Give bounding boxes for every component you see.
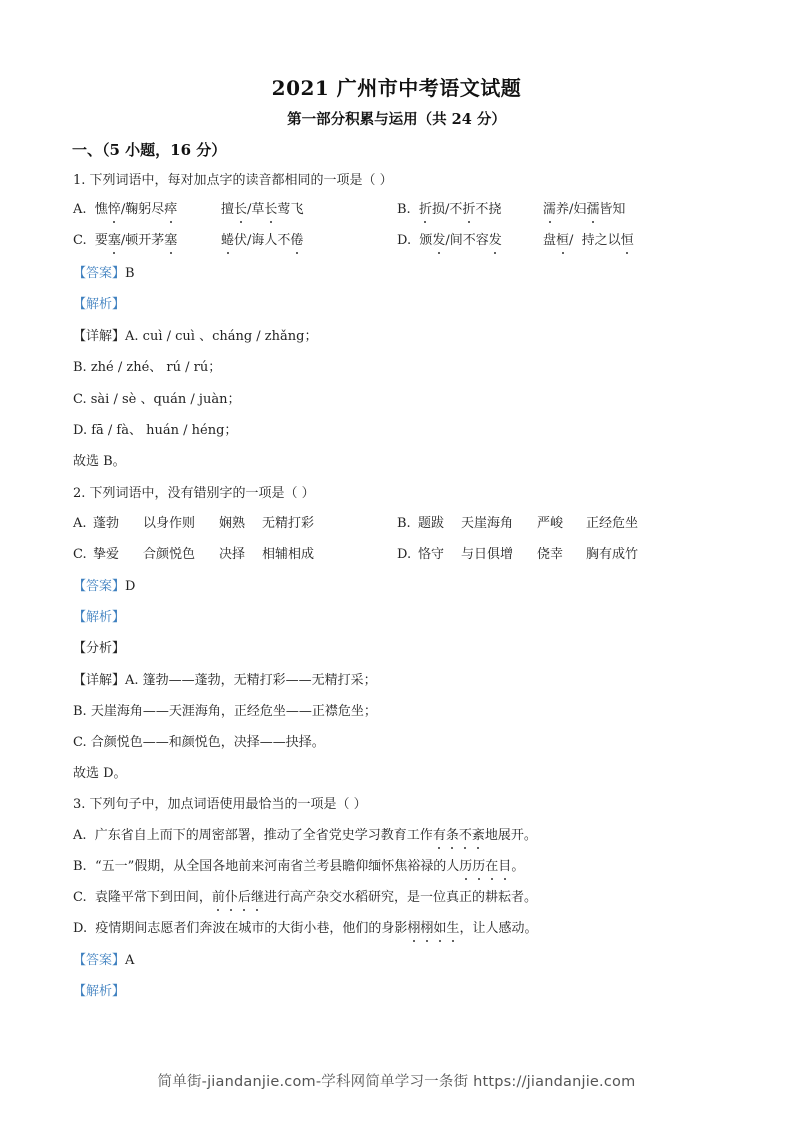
dotted-phrase: 栩栩如生	[407, 921, 459, 936]
detail-label: 【详解】	[73, 673, 125, 688]
q1-conclusion: 故选 B。	[73, 454, 126, 470]
q2-answer: 【答案】D	[73, 579, 135, 595]
analysis-label: 【解析】	[73, 984, 125, 999]
dotted-phrase: 有条不紊	[433, 828, 485, 843]
analysis-label: 【解析】	[73, 297, 125, 312]
q1-detail-line-3: C. sài / sè 、quán / juàn；	[73, 392, 240, 408]
q1-option-c: C. 要塞/顿开茅塞	[73, 233, 177, 249]
section-heading: 一、（5 小题，16 分）	[72, 142, 226, 158]
answer-label: 【答案】	[73, 953, 125, 968]
answer-label: 【答案】	[73, 266, 125, 281]
q2-option-b-letter: B.	[397, 516, 411, 532]
q2-detail-line-2: B. 天崖海角——天涯海角，正经危坐——正襟危坐；	[73, 704, 377, 720]
q1-option-a-part2: 擅长/草长莺飞	[221, 202, 303, 218]
q1-option-d-part2: 盘桓/ 持之以恒	[543, 233, 634, 249]
q3-answer: 【答案】A	[73, 953, 134, 969]
q1-option-b-part2: 濡养/妇孺皆知	[543, 202, 625, 218]
answer-value: B	[125, 266, 135, 281]
q2-conclusion: 故选 D。	[73, 766, 127, 782]
analysis-label: 【解析】	[73, 610, 125, 625]
question-1-stem: 1. 下列词语中，每对加点字的读音都相同的一项是（ ）	[73, 173, 393, 189]
q2-option-d-letter: D.	[397, 547, 411, 563]
q1-answer: 【答案】B	[73, 266, 135, 282]
detail-label: 【详解】	[73, 329, 125, 344]
q1-analysis: 【解析】	[73, 297, 125, 313]
question-3-stem: 3. 下列句子中，加点词语使用最恰当的一项是（ ）	[73, 797, 367, 813]
q2-analysis: 【解析】	[73, 610, 125, 626]
q3-analysis: 【解析】	[73, 984, 125, 1000]
dotted-phrase: 历历在目	[459, 859, 511, 874]
document-subtitle: 第一部分积累与运用（共 24 分）	[0, 108, 793, 129]
q3-option-c: C. 袁隆平常下到田间，前仆后继进行高产杂交水稻研究，是一位真正的耕耘者。	[73, 890, 537, 906]
question-2-stem: 2. 下列词语中，没有错别字的一项是（ ）	[73, 486, 315, 502]
answer-label: 【答案】	[73, 579, 125, 594]
q2-option-c-letter: C.	[73, 547, 87, 563]
q1-option-c-part2: 蜷伏/诲人不倦	[221, 233, 303, 249]
exam-page: 2021 广州市中考语文试题 第一部分积累与运用（共 24 分） 一、（5 小题…	[0, 0, 793, 1122]
dotted-phrase: 前仆后继	[212, 890, 264, 905]
q3-option-b: B. “五一”假期，从全国各地前来河南省兰考县瞻仰缅怀焦裕禄的人历历在目。	[73, 859, 524, 875]
q1-option-a: A. 憔悴/鞠躬尽瘁	[73, 202, 177, 218]
q2-detail-line-3: C. 合颜悦色——和颜悦色，决择——抉择。	[73, 735, 325, 751]
q1-option-d: D. 颁发/间不容发	[397, 233, 502, 249]
document-title: 2021 广州市中考语文试题	[0, 72, 793, 101]
q1-detail-line-4: D. fā / fà、 huán / héng；	[73, 423, 237, 439]
q1-option-b: B. 折损/不折不挠	[397, 202, 501, 218]
q2-fenxi: 【分析】	[73, 641, 125, 657]
q2-option-a-letter: A.	[73, 516, 87, 532]
footer-watermark: 简单街-jiandanjie.com-学科网简单学习一条街 https://ji…	[0, 1070, 793, 1091]
answer-value: A	[125, 953, 134, 968]
q1-detail-line-2: B. zhé / zhé、 rú / rú；	[73, 360, 221, 376]
q1-detail-line-1: 【详解】A. cuì / cuì 、cháng / zhǎng；	[73, 329, 317, 345]
q2-detail-line-1: 【详解】A. 篷勃——蓬勃，无精打彩——无精打采；	[73, 673, 377, 689]
q3-option-d: D. 疫情期间志愿者们奔波在城市的大街小巷，他们的身影栩栩如生，让人感动。	[73, 921, 537, 937]
answer-value: D	[125, 579, 135, 594]
q3-option-a: A. 广东省自上而下的周密部署，推动了全省党史学习教育工作有条不紊地展开。	[73, 828, 537, 844]
